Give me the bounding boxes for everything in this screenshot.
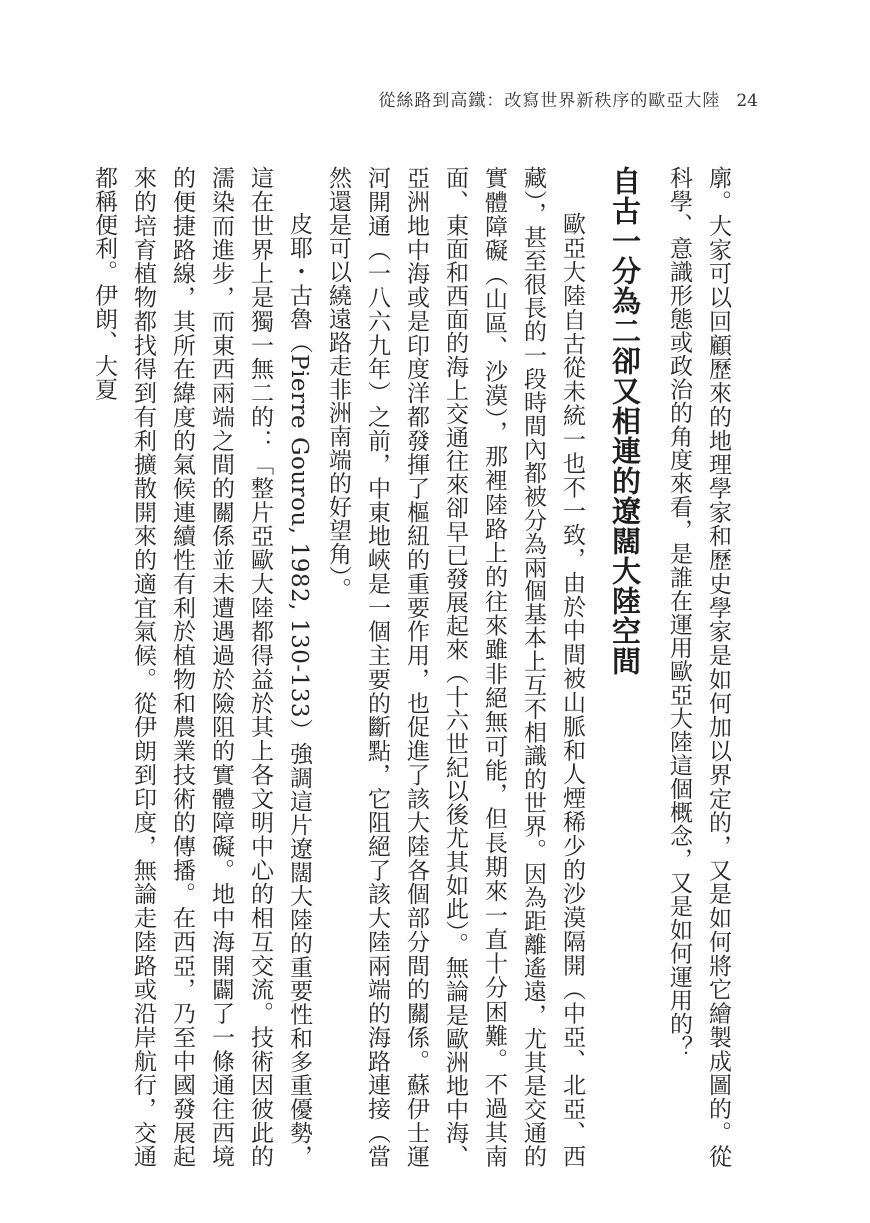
running-header: 從絲路到高鐵：改寫世界新秩序的歐亞大陸 24 [378,86,758,111]
opening-paragraph: 廓。大家可以回顧歷來的地理學家和歷史學家是如何加以界定的，又是如何將它繪製成圖的… [659,166,737,1168]
running-title: 從絲路到高鐵：改寫世界新秩序的歐亞大陸 [378,86,720,111]
article-body: 廓。大家可以回顧歷來的地理學家和歷史學家是如何加以界定的，又是如何將它繪製成圖的… [127,166,737,1168]
section-heading: 自古一分為二卻又相連的遼闊大陸空間 [604,166,646,1168]
paragraph-eurasia-divided: 歐亞大陸自古從未統一也不一致，由於中間被山脈和人煙稀少的沙漠隔開（中亞、北亞、西… [318,166,591,1168]
page-number: 24 [736,91,758,111]
book-page: 從絲路到高鐵：改寫世界新秩序的歐亞大陸 24 廓。大家可以回顧歷來的地理學家和歷… [0,0,870,1223]
paragraph-gourou-citation: 皮耶・古魯（Pierre Gourou, 1982, 130-133）強調這片遼… [84,166,318,1168]
